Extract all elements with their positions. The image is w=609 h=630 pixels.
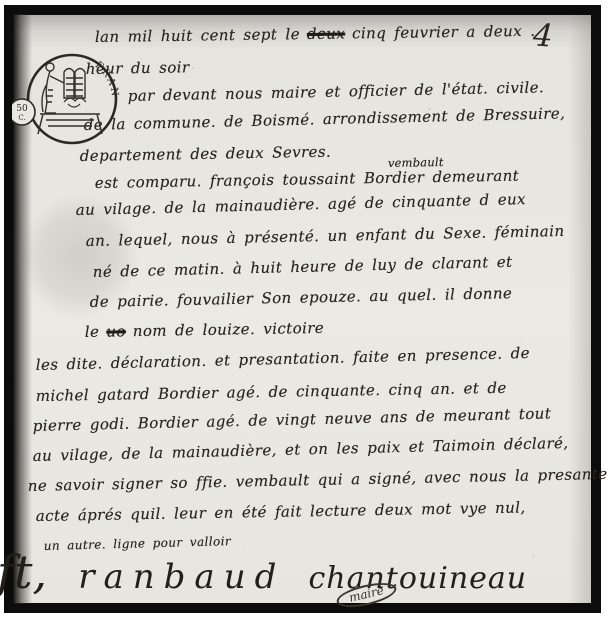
stamp-value: 50 — [16, 104, 28, 114]
stamp-unit: C. — [18, 114, 25, 122]
line-text: nom de louize. victoire — [133, 319, 325, 340]
stamp-arc-text: FRAN — [93, 60, 121, 99]
line-text: le — [85, 323, 100, 341]
svg-text:FRAN: FRAN — [93, 60, 121, 99]
signature-paraph: ft, — [0, 545, 47, 599]
line-text: cinq feuvrier a deux . — [352, 22, 535, 43]
fiscal-stamp-icon: FRAN 50 C. — [12, 50, 122, 152]
stamp-denomination: 50 C. — [12, 99, 35, 125]
line-text: lan mil huit cent sept le — [95, 25, 300, 46]
struck-word: deux — [307, 25, 345, 44]
signature-ranbaud: ranbaud — [78, 557, 285, 597]
stamp-figure-icon — [42, 63, 64, 114]
signature-chantouineau: chantouineau — [308, 561, 527, 596]
stamp-tablets-icon — [64, 69, 85, 99]
struck-word: uo — [106, 322, 126, 340]
stamp-base-icon — [38, 98, 102, 134]
signature-row: ft, ranbaud chantouineau — [0, 545, 527, 599]
scanned-register-page: FRAN 50 C. 4 — [0, 0, 609, 630]
